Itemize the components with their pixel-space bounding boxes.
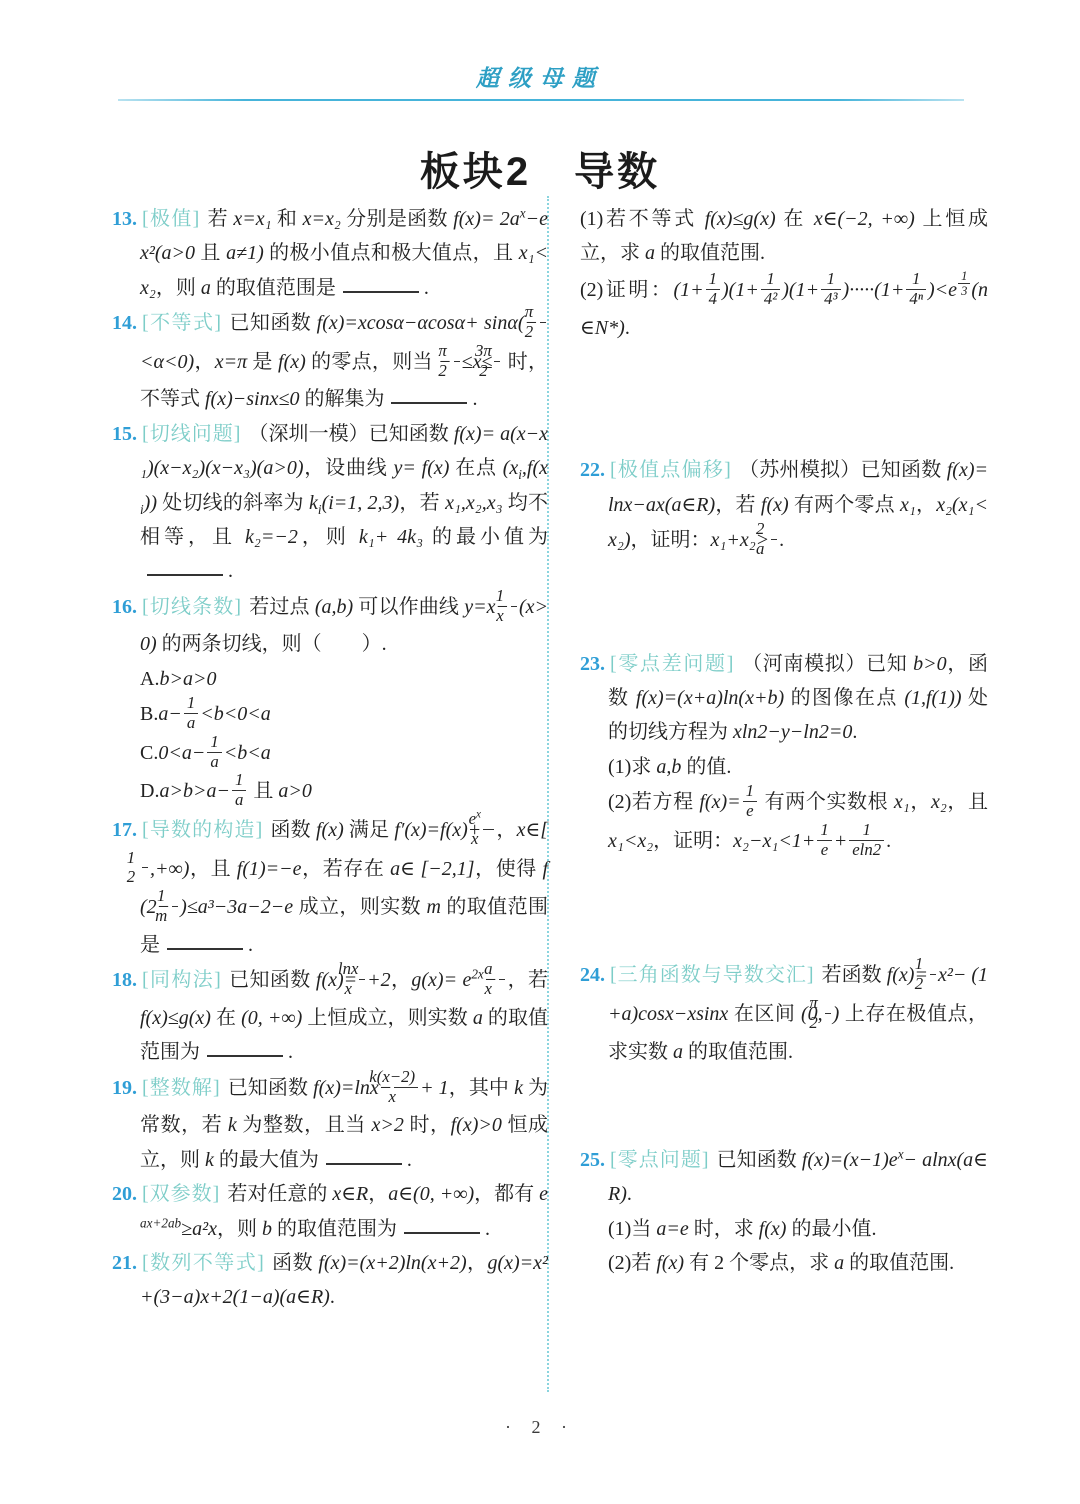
problem-tag: [不等式] bbox=[142, 312, 222, 334]
header-rule bbox=[118, 99, 964, 101]
problem-25: 25.[零点问题]已知函数 f(x)=(x−1)ex− alnx(a∈R).(1… bbox=[580, 1143, 988, 1281]
problem-text: B.a−1a<b<0<a bbox=[140, 703, 271, 725]
problem-23: 23.[零点差问题]（河南模拟）已知 b>0，函数 f(x)=(x+a)ln(x… bbox=[580, 647, 988, 862]
fraction: lnxx bbox=[359, 960, 365, 999]
problem-number: 23. bbox=[580, 653, 605, 675]
page-header-brand: 超级母题 bbox=[0, 60, 1080, 93]
problem-14: 14.[不等式]已知函数 f(x)=xcosα−αcosα+ sinα(−π2<… bbox=[112, 305, 548, 417]
problem-number: 17. bbox=[112, 819, 137, 841]
problem-paragraph: 24.[三角函数与导数交汇]若函数 f(x)=12x²− (1+a)cosx−x… bbox=[580, 957, 988, 1069]
problem-tag: [极值] bbox=[142, 208, 200, 230]
fraction: 1m bbox=[172, 887, 178, 926]
problem-paragraph: 14.[不等式]已知函数 f(x)=xcosα−αcosα+ sinα(−π2<… bbox=[112, 305, 548, 417]
fraction: 14ⁿ bbox=[906, 270, 926, 309]
problem-paragraph: (2)若方程 f(x)=1e 有两个实数根 x₁，x₂，且 x₁<x₂，证明：x… bbox=[580, 784, 988, 861]
problem-tag: [同构法] bbox=[142, 969, 222, 991]
answer-blank bbox=[167, 948, 243, 950]
problem-number: 21. bbox=[112, 1252, 137, 1274]
answer-blank bbox=[404, 1232, 480, 1234]
fraction: 1a bbox=[184, 694, 198, 733]
fraction: 1e bbox=[743, 782, 757, 821]
page-title: 板块2 导数 bbox=[0, 140, 1080, 197]
fraction: 1eln2 bbox=[849, 821, 884, 860]
problem-text: (2)证明：(1+14)(1+14²)(1+14³)·····(1+14ⁿ)<e… bbox=[580, 279, 988, 339]
problem-paragraph: D.a>b>a−1a 且 a>0 bbox=[112, 773, 548, 812]
problem-paragraph: 19.[整数解]已知函数 f(x)=lnx−k(x−2)x+ 1，其中 k 为常… bbox=[112, 1070, 548, 1177]
problem-tag: [极值点偏移] bbox=[610, 459, 732, 481]
problem-tag: [三角函数与导数交汇] bbox=[610, 964, 815, 986]
fraction: 3π2 bbox=[494, 342, 500, 381]
problem-number: 18. bbox=[112, 969, 137, 991]
problem-text: (2)若方程 f(x)=1e 有两个实数根 x₁，x₂，且 x₁<x₂，证明：x… bbox=[608, 791, 988, 852]
fraction: exx bbox=[483, 810, 494, 849]
problem-tag: [零点差问题] bbox=[610, 653, 734, 675]
book-page: 超级母题 板块2 导数 13.[极值]若 x=x₁ 和 x=x₂ 分别是函数 f… bbox=[0, 0, 1080, 1504]
fraction: 14² bbox=[761, 270, 780, 309]
problem-21-cont: (1)若不等式 f(x)≤g(x) 在 x∈(−2, +∞) 上恒成立，求 a … bbox=[580, 202, 988, 345]
problem-number: 24. bbox=[580, 964, 605, 986]
fraction: 12 bbox=[930, 955, 936, 994]
problem-paragraph: 15.[切线问题]（深圳一模）已知函数 f(x)= a(x−x₁)(x−x₂)(… bbox=[112, 417, 548, 589]
problem-paragraph: C.0<a−1a<b<a bbox=[112, 735, 548, 774]
problem-number: 22. bbox=[580, 459, 605, 481]
problem-paragraph: 25.[零点问题]已知函数 f(x)=(x−1)ex− alnx(a∈R). bbox=[580, 1143, 988, 1212]
problem-text: C.0<a−1a<b<a bbox=[140, 742, 271, 764]
fraction: 1x bbox=[511, 587, 517, 626]
problem-text: (1)当 a=e 时，求 f(x) 的最小值. bbox=[608, 1218, 876, 1240]
problem-20: 20.[双参数]若对任意的 x∈R，a∈(0, +∞)，都有 eax+2ab≥a… bbox=[112, 1177, 548, 1246]
problem-paragraph: (2)证明：(1+14)(1+14²)(1+14³)·····(1+14ⁿ)<e… bbox=[580, 271, 988, 345]
problem-24: 24.[三角函数与导数交汇]若函数 f(x)=12x²− (1+a)cosx−x… bbox=[580, 957, 988, 1069]
fraction: 14³ bbox=[821, 270, 840, 309]
problem-text: 若 x=x₁ 和 x=x₂ 分别是函数 f(x)= 2ax−ex²(a>0 且 … bbox=[140, 208, 548, 299]
fraction: k(x−2)x bbox=[394, 1068, 418, 1107]
fraction: 1a bbox=[207, 733, 221, 772]
problem-19: 19.[整数解]已知函数 f(x)=lnx−k(x−2)x+ 1，其中 k 为常… bbox=[112, 1070, 548, 1177]
problem-number: 14. bbox=[112, 312, 137, 334]
problem-tag: [切线问题] bbox=[142, 423, 241, 445]
problem-16: 16.[切线条数]若过点 (a,b) 可以作曲线 y=x−1x(x>0) 的两条… bbox=[112, 589, 548, 812]
problem-number: 19. bbox=[112, 1077, 137, 1099]
answer-blank bbox=[147, 574, 223, 576]
problem-22: 22.[极值点偏移]（苏州模拟）已知函数 f(x)= lnx−ax(a∈R)，若… bbox=[580, 453, 988, 560]
page-number: · 2 · bbox=[0, 1417, 1080, 1438]
problem-paragraph: 22.[极值点偏移]（苏州模拟）已知函数 f(x)= lnx−ax(a∈R)，若… bbox=[580, 453, 988, 560]
problem-number: 20. bbox=[112, 1183, 137, 1205]
problem-text: D.a>b>a−1a 且 a>0 bbox=[140, 780, 312, 802]
problem-13: 13.[极值]若 x=x₁ 和 x=x₂ 分别是函数 f(x)= 2ax−ex²… bbox=[112, 202, 548, 305]
fraction: π2 bbox=[540, 303, 546, 342]
problem-text: (1)求 a,b 的值. bbox=[608, 756, 731, 778]
fraction: 2a bbox=[771, 520, 777, 559]
problem-tag: [切线条数] bbox=[142, 596, 242, 618]
fraction: π2 bbox=[454, 342, 460, 381]
problem-text: A.b>a>0 bbox=[140, 668, 216, 690]
fraction: 14 bbox=[706, 270, 720, 309]
problem-paragraph: 20.[双参数]若对任意的 x∈R，a∈(0, +∞)，都有 eax+2ab≥a… bbox=[112, 1177, 548, 1246]
problem-number: 16. bbox=[112, 596, 137, 618]
fraction: 1a bbox=[232, 771, 246, 810]
problem-21: 21.[数列不等式]函数 f(x)=(x+2)ln(x+2)，g(x)=x²+(… bbox=[112, 1246, 548, 1315]
problem-paragraph: 23.[零点差问题]（河南模拟）已知 b>0，函数 f(x)=(x+a)ln(x… bbox=[580, 647, 988, 750]
answer-blank bbox=[326, 1163, 402, 1165]
column-right: (1)若不等式 f(x)≤g(x) 在 x∈(−2, +∞) 上恒成立，求 a … bbox=[580, 202, 988, 1315]
problem-text: (1)若不等式 f(x)≤g(x) 在 x∈(−2, +∞) 上恒成立，求 a … bbox=[580, 208, 988, 264]
problem-paragraph: (1)求 a,b 的值. bbox=[580, 750, 988, 784]
problem-15: 15.[切线问题]（深圳一模）已知函数 f(x)= a(x−x₁)(x−x₂)(… bbox=[112, 417, 548, 589]
problem-paragraph: 16.[切线条数]若过点 (a,b) 可以作曲线 y=x−1x(x>0) 的两条… bbox=[112, 589, 548, 662]
problem-text: （深圳一模）已知函数 f(x)= a(x−x₁)(x−x₂)(x−x₃)(a>0… bbox=[140, 423, 548, 583]
problem-tag: [零点问题] bbox=[610, 1149, 710, 1171]
problem-17: 17.[导数的构造]函数 f(x) 满足 f′(x)=f(x)+exx，x∈[1… bbox=[112, 812, 548, 962]
fraction: 13 bbox=[958, 269, 970, 298]
fraction: ax bbox=[499, 960, 505, 999]
problem-number: 25. bbox=[580, 1149, 605, 1171]
problem-paragraph: B.a−1a<b<0<a bbox=[112, 696, 548, 735]
problem-paragraph: 18.[同构法]已知函数 f(x)=lnxx+2，g(x)= e2x−ax，若 … bbox=[112, 962, 548, 1069]
problem-paragraph: 17.[导数的构造]函数 f(x) 满足 f′(x)=f(x)+exx，x∈[1… bbox=[112, 812, 548, 962]
problem-tag: [双参数] bbox=[142, 1183, 220, 1205]
problem-paragraph: 13.[极值]若 x=x₁ 和 x=x₂ 分别是函数 f(x)= 2ax−ex²… bbox=[112, 202, 548, 305]
problem-number: 13. bbox=[112, 208, 137, 230]
fraction: 12 bbox=[142, 849, 148, 888]
problem-number: 15. bbox=[112, 423, 137, 445]
problem-paragraph: 21.[数列不等式]函数 f(x)=(x+2)ln(x+2)，g(x)=x²+(… bbox=[112, 1246, 548, 1315]
column-left: 13.[极值]若 x=x₁ 和 x=x₂ 分别是函数 f(x)= 2ax−ex²… bbox=[112, 202, 548, 1315]
problem-paragraph: (1)当 a=e 时，求 f(x) 的最小值. bbox=[580, 1212, 988, 1246]
fraction: π2 bbox=[825, 994, 831, 1033]
problem-paragraph: (1)若不等式 f(x)≤g(x) 在 x∈(−2, +∞) 上恒成立，求 a … bbox=[580, 202, 988, 271]
problem-tag: [导数的构造] bbox=[142, 819, 263, 841]
problem-text: (2)若 f(x) 有 2 个零点，求 a 的取值范围. bbox=[608, 1252, 954, 1274]
fraction: 1e bbox=[817, 821, 831, 860]
answer-blank bbox=[391, 402, 467, 404]
content-columns: 13.[极值]若 x=x₁ 和 x=x₂ 分别是函数 f(x)= 2ax−ex²… bbox=[112, 202, 988, 1315]
problem-tag: [整数解] bbox=[142, 1077, 221, 1099]
answer-blank bbox=[343, 291, 419, 293]
problem-tag: [数列不等式] bbox=[142, 1252, 265, 1274]
problem-paragraph: A.b>a>0 bbox=[112, 662, 548, 696]
answer-blank bbox=[207, 1055, 283, 1057]
problem-18: 18.[同构法]已知函数 f(x)=lnxx+2，g(x)= e2x−ax，若 … bbox=[112, 962, 548, 1069]
problem-paragraph: (2)若 f(x) 有 2 个零点，求 a 的取值范围. bbox=[580, 1246, 988, 1280]
